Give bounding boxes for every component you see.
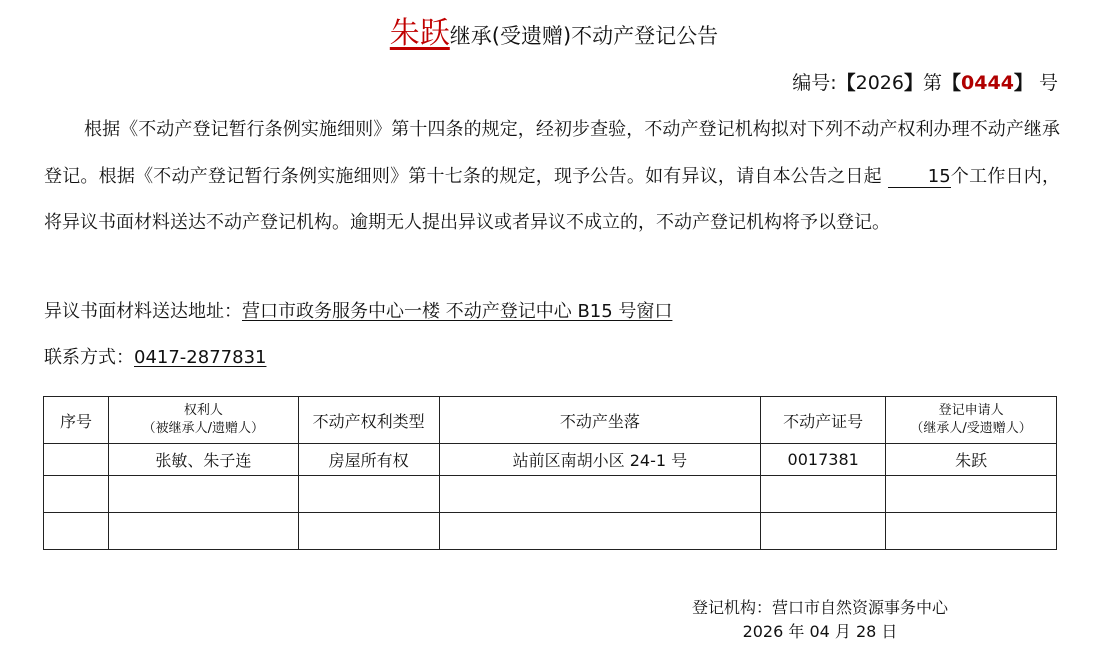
header-right-holder: 权利人（被继承人/遗赠人） [108, 397, 298, 444]
cell-serial [44, 513, 109, 550]
notice-title: 朱跃继承(受遗赠)不动产登记公告 [0, 14, 1108, 56]
address-value: 营口市政务服务中心一楼 不动产登记中心 B15 号窗口 [242, 301, 672, 322]
table-header-row: 序号 权利人（被继承人/遗赠人） 不动产权利类型 不动产坐落 不动产证号 登记申… [44, 397, 1057, 444]
cell-right-holder: 张敏、朱子连 [108, 444, 298, 476]
doc-serial: 0444 [961, 72, 1014, 94]
signature-block: 登记机构：营口市自然资源事务中心 2026 年 04 月 28 日 [640, 596, 1000, 644]
doc-number-suffix: 号 [1039, 72, 1058, 94]
cell-location [439, 513, 761, 550]
cell-right-holder [108, 476, 298, 513]
cell-serial [44, 476, 109, 513]
cell-serial [44, 444, 109, 476]
header-location: 不动产坐落 [439, 397, 761, 444]
table-row [44, 476, 1057, 513]
cell-location [439, 476, 761, 513]
doc-year: 2026 [856, 72, 904, 94]
address-label: 异议书面材料送达地址： [44, 301, 242, 322]
cell-applicant: 朱跃 [886, 444, 1057, 476]
bracket: 】 [1014, 72, 1033, 94]
notice-body: 根据《不动产登记暂行条例实施细则》第十四条的规定，经初步查验，不动产登记机构拟对… [44, 107, 1060, 247]
registration-org: 登记机构：营口市自然资源事务中心 [640, 596, 1000, 620]
cell-cert-number [761, 513, 886, 550]
table-row: 张敏、朱子连 房屋所有权 站前区南胡小区 24-1 号 0017381 朱跃 [44, 444, 1057, 476]
doc-number-mid: 第 [923, 72, 942, 94]
bracket: 【 [942, 72, 961, 94]
contact-label: 联系方式： [44, 347, 134, 368]
header-right-type: 不动产权利类型 [298, 397, 439, 444]
notice-date: 2026 年 04 月 28 日 [640, 620, 1000, 644]
bracket: 【 [837, 72, 856, 94]
title-text: 继承(受遗赠)不动产登记公告 [450, 24, 718, 48]
objection-days: 15 [888, 167, 951, 188]
document-number: 编号:【2026】第【0444】 号 [792, 68, 1058, 98]
header-applicant: 登记申请人（继承人/受遗赠人） [886, 397, 1057, 444]
property-table: 序号 权利人（被继承人/遗赠人） 不动产权利类型 不动产坐落 不动产证号 登记申… [43, 396, 1057, 550]
cell-applicant [886, 476, 1057, 513]
table-row [44, 513, 1057, 550]
applicant-name: 朱跃 [390, 16, 450, 51]
cell-right-type [298, 476, 439, 513]
contact-info: 联系方式：0417-2877831 [44, 343, 272, 373]
cell-location: 站前区南胡小区 24-1 号 [439, 444, 761, 476]
doc-number-label: 编号: [792, 72, 836, 94]
cell-right-type: 房屋所有权 [298, 444, 439, 476]
objection-address: 异议书面材料送达地址：营口市政务服务中心一楼 不动产登记中心 B15 号窗口 [44, 297, 672, 327]
bracket: 】 [904, 72, 923, 94]
cell-applicant [886, 513, 1057, 550]
cell-right-holder [108, 513, 298, 550]
cell-cert-number: 0017381 [761, 444, 886, 476]
cell-cert-number [761, 476, 886, 513]
header-cert-number: 不动产证号 [761, 397, 886, 444]
header-serial: 序号 [44, 397, 109, 444]
contact-phone: 0417-2877831 [134, 347, 266, 368]
cell-right-type [298, 513, 439, 550]
